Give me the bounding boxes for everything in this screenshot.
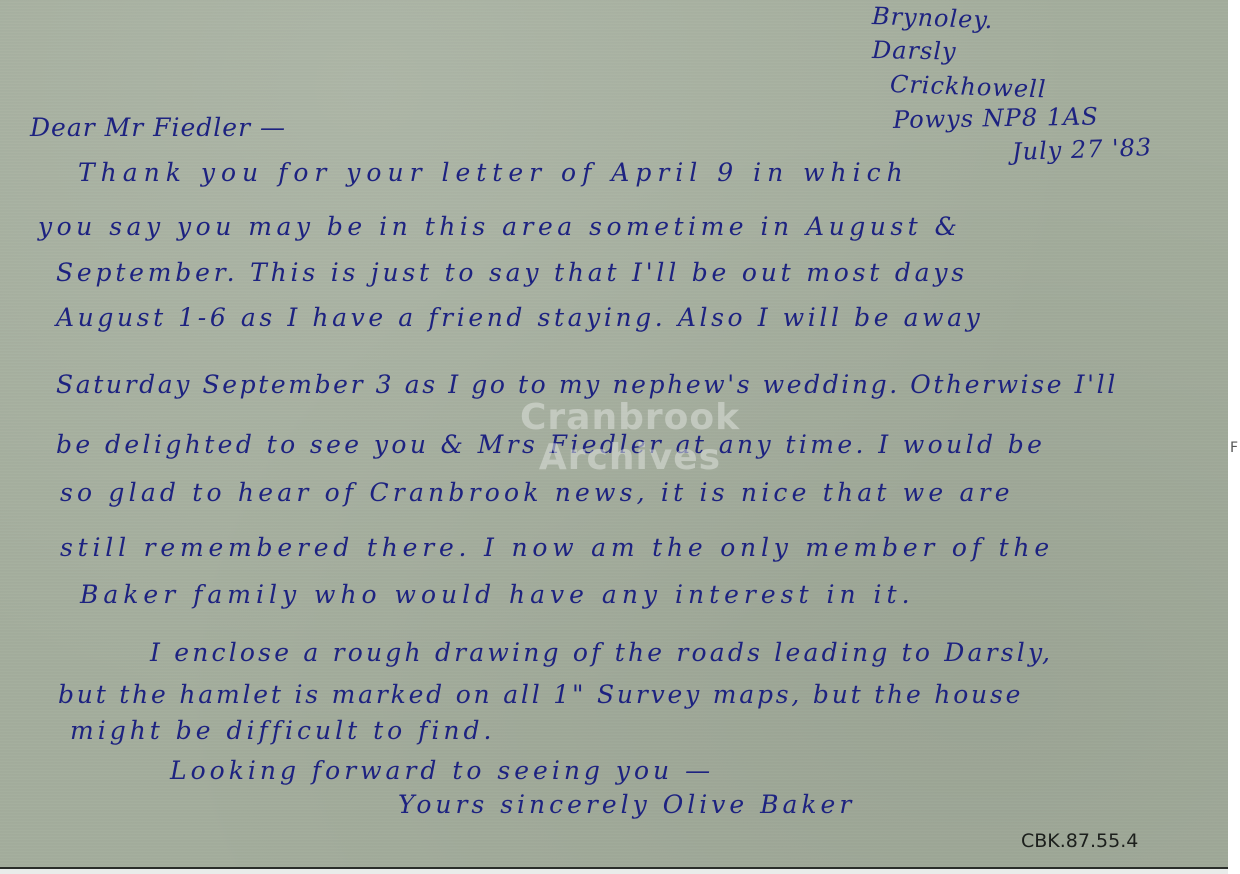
address-line-1: Brynoley. [872,2,994,34]
watermark-line-1: Cranbrook [480,398,780,438]
body-line-1: Thank you for your letter of April 9 in … [78,158,909,187]
salutation: Dear Mr Fiedler — [30,113,286,142]
signature-line: Yours sincerely Olive Baker [398,790,855,819]
watermark-line-2: Archives [480,438,780,478]
catalog-number: CBK.87.55.4 [1021,830,1138,852]
body-line-2: you say you may be in this area sometime… [38,212,961,241]
scan-edge [0,869,1228,874]
closing-line: Looking forward to seeing you — [170,756,714,785]
margin-mark: F [1230,440,1238,456]
archive-watermark: Cranbrook Archives [480,398,780,478]
body-line-11: but the hamlet is marked on all 1" Surve… [58,680,1023,709]
address-line-3: Crickhowell [890,70,1047,103]
address-line-2: Darsly [872,36,957,65]
body-line-3: September. This is just to say that I'll… [56,258,968,287]
body-line-8: still remembered there. I now am the onl… [60,533,1054,562]
letter-paper: Brynoley. Darsly Crickhowell Powys NP8 1… [0,0,1228,869]
body-line-4: August 1-6 as I have a friend staying. A… [56,303,983,332]
address-line-4: Powys NP8 1AS [893,102,1099,134]
body-line-9: Baker family who would have any interest… [80,580,915,609]
body-line-5: Saturday September 3 as I go to my nephe… [56,370,1118,399]
body-line-12: might be difficult to find. [70,716,495,745]
letter-date: July 27 '83 [1012,133,1153,166]
body-line-10: I enclose a rough drawing of the roads l… [150,638,1053,667]
body-line-7: so glad to hear of Cranbrook news, it is… [60,478,1014,507]
